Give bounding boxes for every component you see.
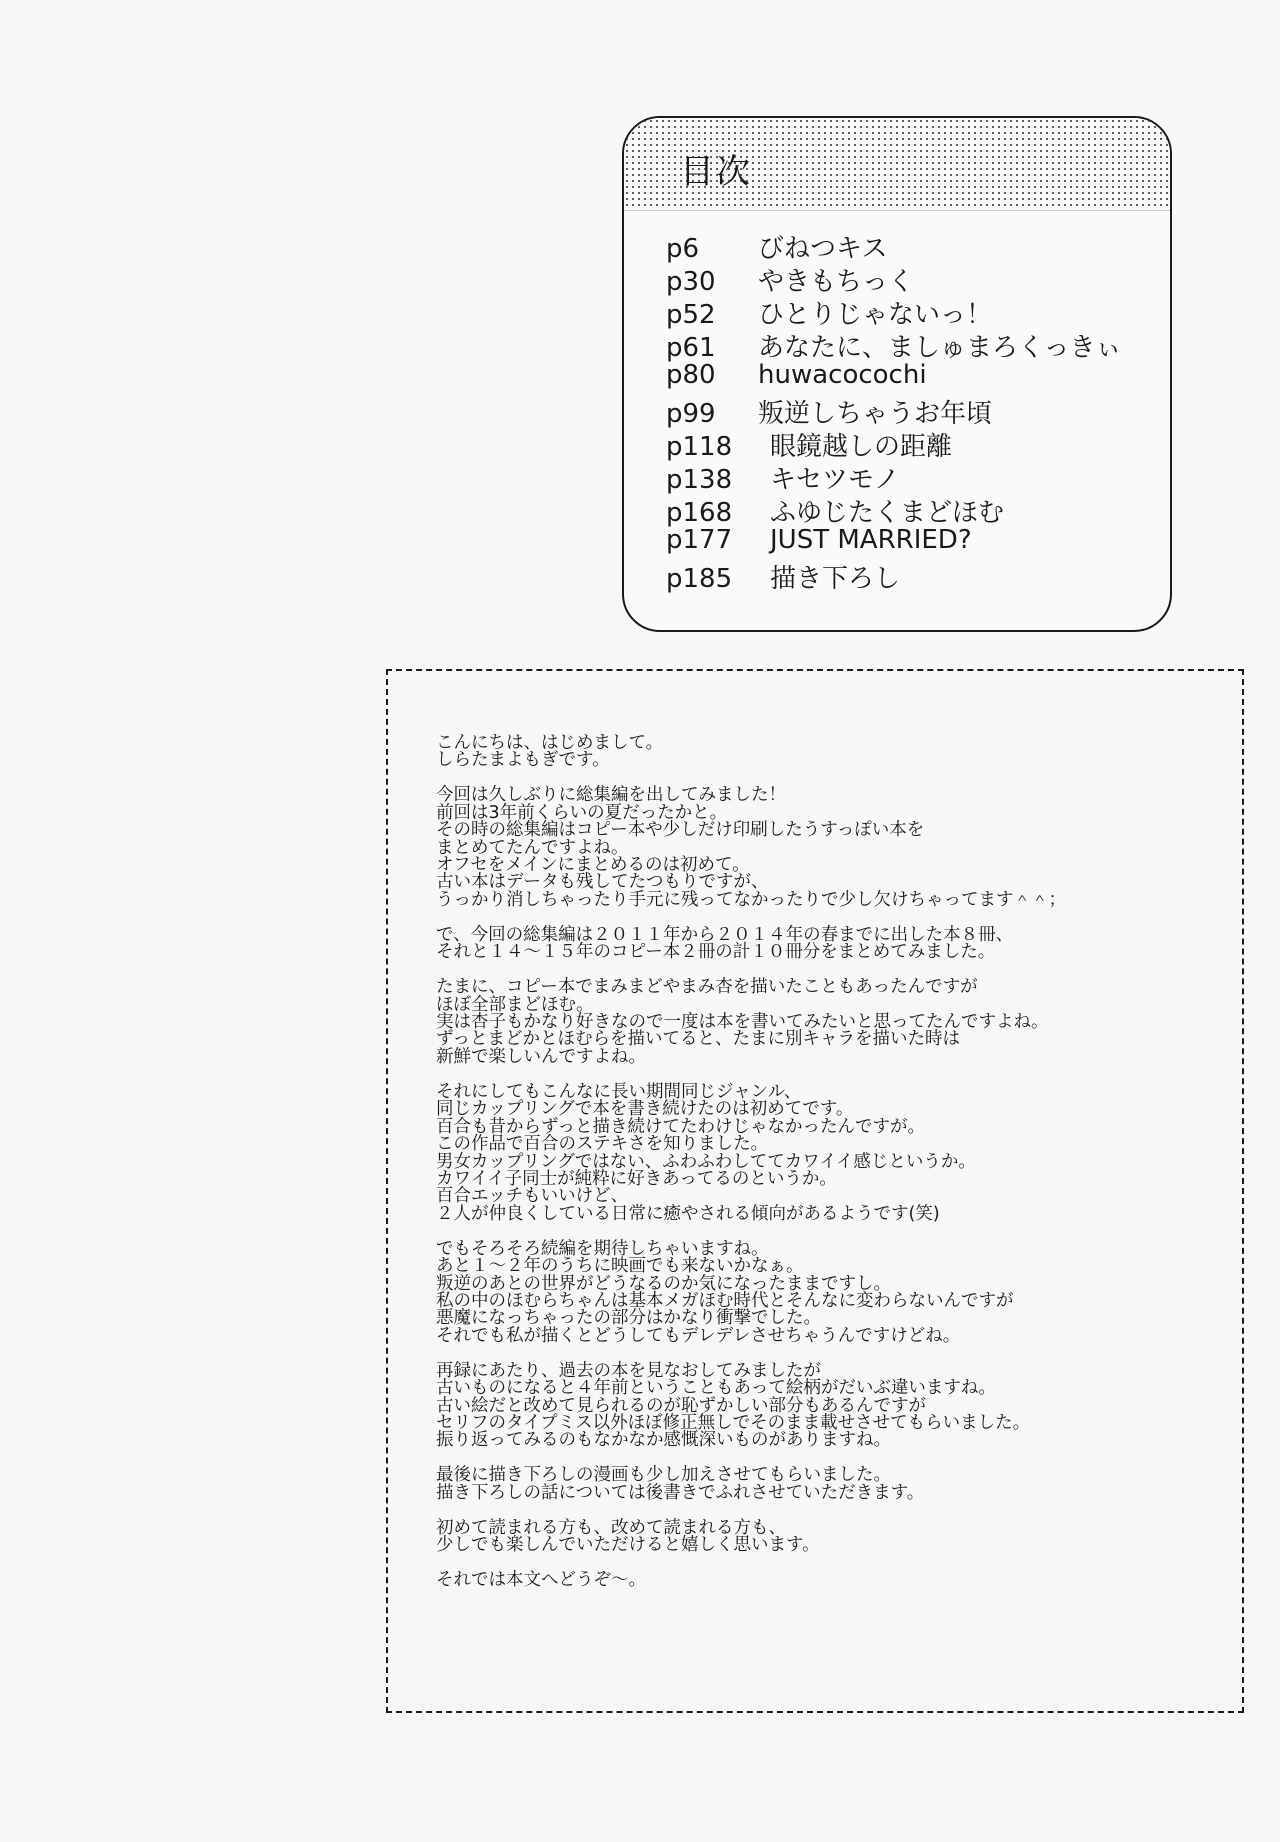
toc-page-number: p6 [666,234,758,264]
toc-item: p30やきもちっく [666,261,1121,294]
note-paragraph: それにしてもこんなに長い期間同じジャンル、同じカップリングで本を書き続けたのは初… [436,1084,1212,1223]
note-line: しらたまよもぎです。 [436,752,1212,769]
toc-chapter-title: 描き下ろし [770,558,900,595]
note-line: 振り返ってみるのもなかなか感慨深いものがありますね。 [436,1432,1212,1449]
note-paragraph: たまに、コピー本でまみまどやまみ杏を描いたこともあったんですがほぼ全部まどほむ。… [436,979,1212,1066]
toc-chapter-title: ひとりじゃないっ！ [758,294,992,331]
note-line: 新鮮で楽しいんですよね。 [436,1049,1212,1066]
note-paragraph: で、今回の総集編は２０１１年から２０１４年の春までに出した本８冊、それと１４～１… [436,927,1212,962]
toc-page-number: p52 [666,300,758,330]
toc-page-number: p138 [666,465,770,495]
note-line: それと１４～１５年のコピー本２冊の計１０冊分をまとめてみました。 [436,944,1212,961]
toc-page-number: p177 [666,525,770,555]
toc-chapter-title: やきもちっく [758,261,914,298]
toc-title: 目次 [680,144,752,193]
note-line: それでも私が描くとどうしてもデレデレさせちゃうんですけどね。 [436,1328,1212,1345]
toc-item: p6びねつキス [666,228,1121,261]
note-paragraph: それでは本文へどうぞ～。 [436,1572,1212,1589]
toc-page-number: p61 [666,333,758,363]
toc-chapter-title: 眼鏡越しの距離 [770,426,952,463]
note-line: 少しでも楽しんでいただけると嬉しく思います。 [436,1537,1212,1554]
toc-page-number: p118 [666,432,770,462]
toc-chapter-title: びねつキス [758,228,887,265]
note-line: 古いものになると４年前ということもあって絵柄がだいぶ違いますね。 [436,1380,1212,1397]
toc-page-number: p30 [666,267,758,297]
table-of-contents: 目次 p6びねつキスp30やきもちっくp52ひとりじゃないっ！p61あなたに、ま… [622,116,1172,632]
note-paragraph: こんにちは、はじめまして。しらたまよもぎです。 [436,735,1212,770]
note-line: それでは本文へどうぞ～。 [436,1572,1212,1589]
toc-header: 目次 [624,118,1170,211]
toc-chapter-title: あなたに、ましゅまろくっきぃ [758,327,1121,364]
toc-item: p99叛逆しちゃうお年頃 [666,393,1121,426]
toc-item: p52ひとりじゃないっ！ [666,294,1121,327]
toc-chapter-title: キセツモノ [770,459,900,496]
note-line: うっかり消しちゃったり手元に残ってなかったりで少し欠けちゃってます＾＾； [436,892,1212,909]
toc-page-number: p185 [666,564,770,594]
note-line: この作品で百合のステキさを知りました。 [436,1136,1212,1153]
note-paragraph: でもそろそろ続編を期待しちゃいますね。あと１～２年のうちに映画でも来ないかなぁ。… [436,1241,1212,1345]
note-paragraph: 最後に描き下ろしの漫画も少し加えさせてもらいました。描き下ろしの話については後書… [436,1467,1212,1502]
toc-list: p6びねつキスp30やきもちっくp52ひとりじゃないっ！p61あなたに、ましゅま… [666,228,1121,591]
toc-chapter-title: JUST MARRIED? [770,525,972,555]
toc-page-number: p80 [666,360,758,390]
note-paragraph: 初めて読まれる方も、改めて読まれる方も、少しでも楽しんでいただけると嬉しく思いま… [436,1520,1212,1555]
toc-item: p61あなたに、ましゅまろくっきぃ [666,327,1121,360]
toc-item: p177JUST MARRIED? [666,525,1121,558]
author-note-box: こんにちは、はじめまして。しらたまよもぎです。今回は久しぶりに総集編を出してみま… [386,669,1244,1713]
toc-item: p185描き下ろし [666,558,1121,591]
note-line: その時の総集編はコピー本や少しだけ印刷したうすっぽい本を [436,822,1212,839]
toc-item: p138キセツモノ [666,459,1121,492]
toc-chapter-title: 叛逆しちゃうお年頃 [758,393,992,430]
toc-item: p168ふゆじたくまどほむ [666,492,1121,525]
toc-item: p118眼鏡越しの距離 [666,426,1121,459]
note-line: 描き下ろしの話については後書きでふれさせていただきます。 [436,1485,1212,1502]
toc-item: p80huwacocochi [666,360,1121,393]
toc-page-number: p168 [666,498,770,528]
toc-page-number: p99 [666,399,758,429]
toc-chapter-title: ふゆじたくまどほむ [770,492,1004,529]
note-paragraph: 再録にあたり、過去の本を見なおしてみましたが古いものになると４年前ということもあ… [436,1363,1212,1450]
note-line: あと１～２年のうちに映画でも来ないかなぁ。 [436,1258,1212,1275]
toc-chapter-title: huwacocochi [758,360,927,390]
note-line: ２人が仲良くしている日常に癒やされる傾向があるようです(笑) [436,1206,1212,1223]
note-paragraph: 今回は久しぶりに総集編を出してみました！前回は3年前くらいの夏だったかと。その時… [436,787,1212,909]
author-note-body: こんにちは、はじめまして。しらたまよもぎです。今回は久しぶりに総集編を出してみま… [436,735,1212,1607]
